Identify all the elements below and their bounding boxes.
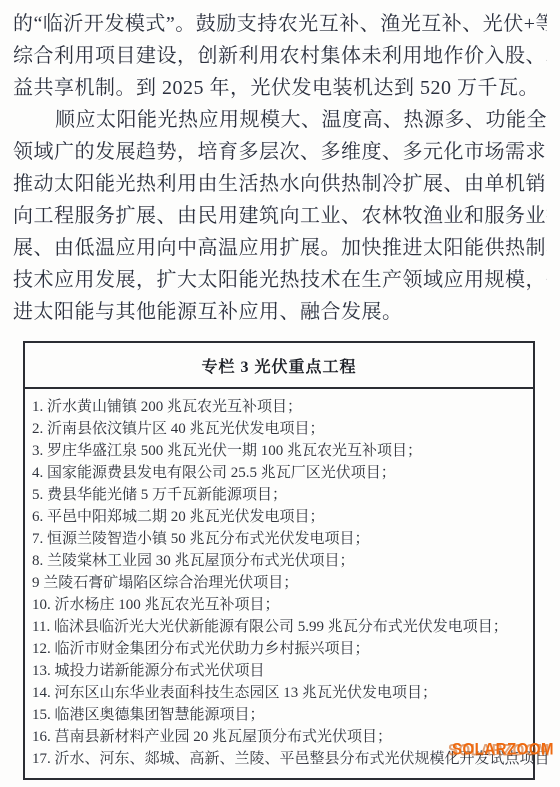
project-list-item: 1. 沂水黄山铺镇 200 兆瓦农光互补项目； bbox=[32, 396, 527, 418]
key-projects-panel: 专栏 3 光伏重点工程 1. 沂水黄山铺镇 200 兆瓦农光互补项目； 2. 沂… bbox=[23, 341, 535, 780]
paragraph-solar-thermal: 顺应太阳能光热应用规模大、温度高、热源多、功能全、 领域广的发展趋势，培育多层次… bbox=[13, 104, 547, 328]
project-list-item: 13. 城投力诺新能源分布式光伏项目 bbox=[32, 660, 527, 682]
paragraph-line: 益共享机制。到 2025 年，光伏发电装机达到 520 万千瓦。 bbox=[13, 72, 547, 104]
project-list-item: 12. 临沂市财金集团分布式光伏助力乡村振兴项目； bbox=[32, 638, 527, 660]
project-list-item: 11. 临沭县临沂光大光伏新能源有限公司 5.99 兆瓦分布式光伏发电项目； bbox=[32, 616, 527, 638]
project-list-item: 15. 临港区奥德集团智慧能源项目； bbox=[32, 704, 527, 726]
paragraph-line: 推动太阳能光热利用由生活热水向供热制冷扩展、由单机销售 bbox=[13, 168, 547, 200]
project-list-item: 16. 莒南县新材料产业园 20 兆瓦屋顶分布式光伏项目； bbox=[32, 726, 527, 748]
document-page: 的“临沂开发模式”。鼓励支持农光互补、渔光互补、光伏+等 综合利用项目建设，创新… bbox=[0, 0, 560, 780]
project-list-item: 4. 国家能源费县发电有限公司 25.5 兆瓦厂区光伏项目； bbox=[32, 462, 527, 484]
project-list-item: 5. 费县华能光储 5 万千瓦新能源项目； bbox=[32, 484, 527, 506]
project-list-item: 6. 平邑中阳郑城二期 20 兆瓦光伏发电项目； bbox=[32, 506, 527, 528]
paragraph-line: 顺应太阳能光热应用规模大、温度高、热源多、功能全、 bbox=[13, 104, 547, 136]
paragraph-photovoltaic-target: 的“临沂开发模式”。鼓励支持农光互补、渔光互补、光伏+等 综合利用项目建设，创新… bbox=[13, 8, 547, 104]
project-list-item: 2. 沂南县依汶镇片区 40 兆瓦光伏发电项目； bbox=[32, 418, 527, 440]
project-list-item: 14. 河东区山东华业表面科技生态园区 13 兆瓦光伏发电项目； bbox=[32, 682, 527, 704]
panel-header: 专栏 3 光伏重点工程 bbox=[25, 343, 533, 389]
project-list-item: 8. 兰陵棠林工业园 30 兆瓦屋顶分布式光伏项目； bbox=[32, 550, 527, 572]
project-list-item: 3. 罗庄华盛江泉 500 兆瓦光伏一期 100 兆瓦农光互补项目； bbox=[32, 440, 527, 462]
project-list-item: 17. 沂水、河东、郯城、高新、兰陵、平邑整县分布式光伏规模化开发试点项目 bbox=[32, 748, 527, 770]
paragraph-line: 进太阳能与其他能源互补应用、融合发展。 bbox=[13, 296, 547, 328]
paragraph-line: 综合利用项目建设，创新利用农村集体未利用地作价入股、利 bbox=[13, 40, 547, 72]
paragraph-line: 展、由低温应用向中高温应用扩展。加快推进太阳能供热制冷 bbox=[13, 232, 547, 264]
paragraph-line: 向工程服务扩展、由民用建筑向工业、农林牧渔业和服务业扩 bbox=[13, 200, 547, 232]
project-list: 1. 沂水黄山铺镇 200 兆瓦农光互补项目； 2. 沂南县依汶镇片区 40 兆… bbox=[25, 389, 533, 778]
panel-title: 专栏 3 光伏重点工程 bbox=[201, 354, 356, 377]
paragraph-line: 领域广的发展趋势，培育多层次、多维度、多元化市场需求， bbox=[13, 136, 547, 168]
paragraph-line: 的“临沂开发模式”。鼓励支持农光互补、渔光互补、光伏+等 bbox=[13, 8, 547, 40]
project-list-item: 10. 沂水杨庄 100 兆瓦农光互补项目； bbox=[32, 594, 527, 616]
project-list-item: 9 兰陵石膏矿塌陷区综合治理光伏项目； bbox=[32, 572, 527, 594]
paragraph-line: 技术应用发展，扩大太阳能光热技术在生产领域应用规模，促 bbox=[13, 264, 547, 296]
project-list-item: 7. 恒源兰陵智造小镇 50 兆瓦分布式光伏发电项目； bbox=[32, 528, 527, 550]
